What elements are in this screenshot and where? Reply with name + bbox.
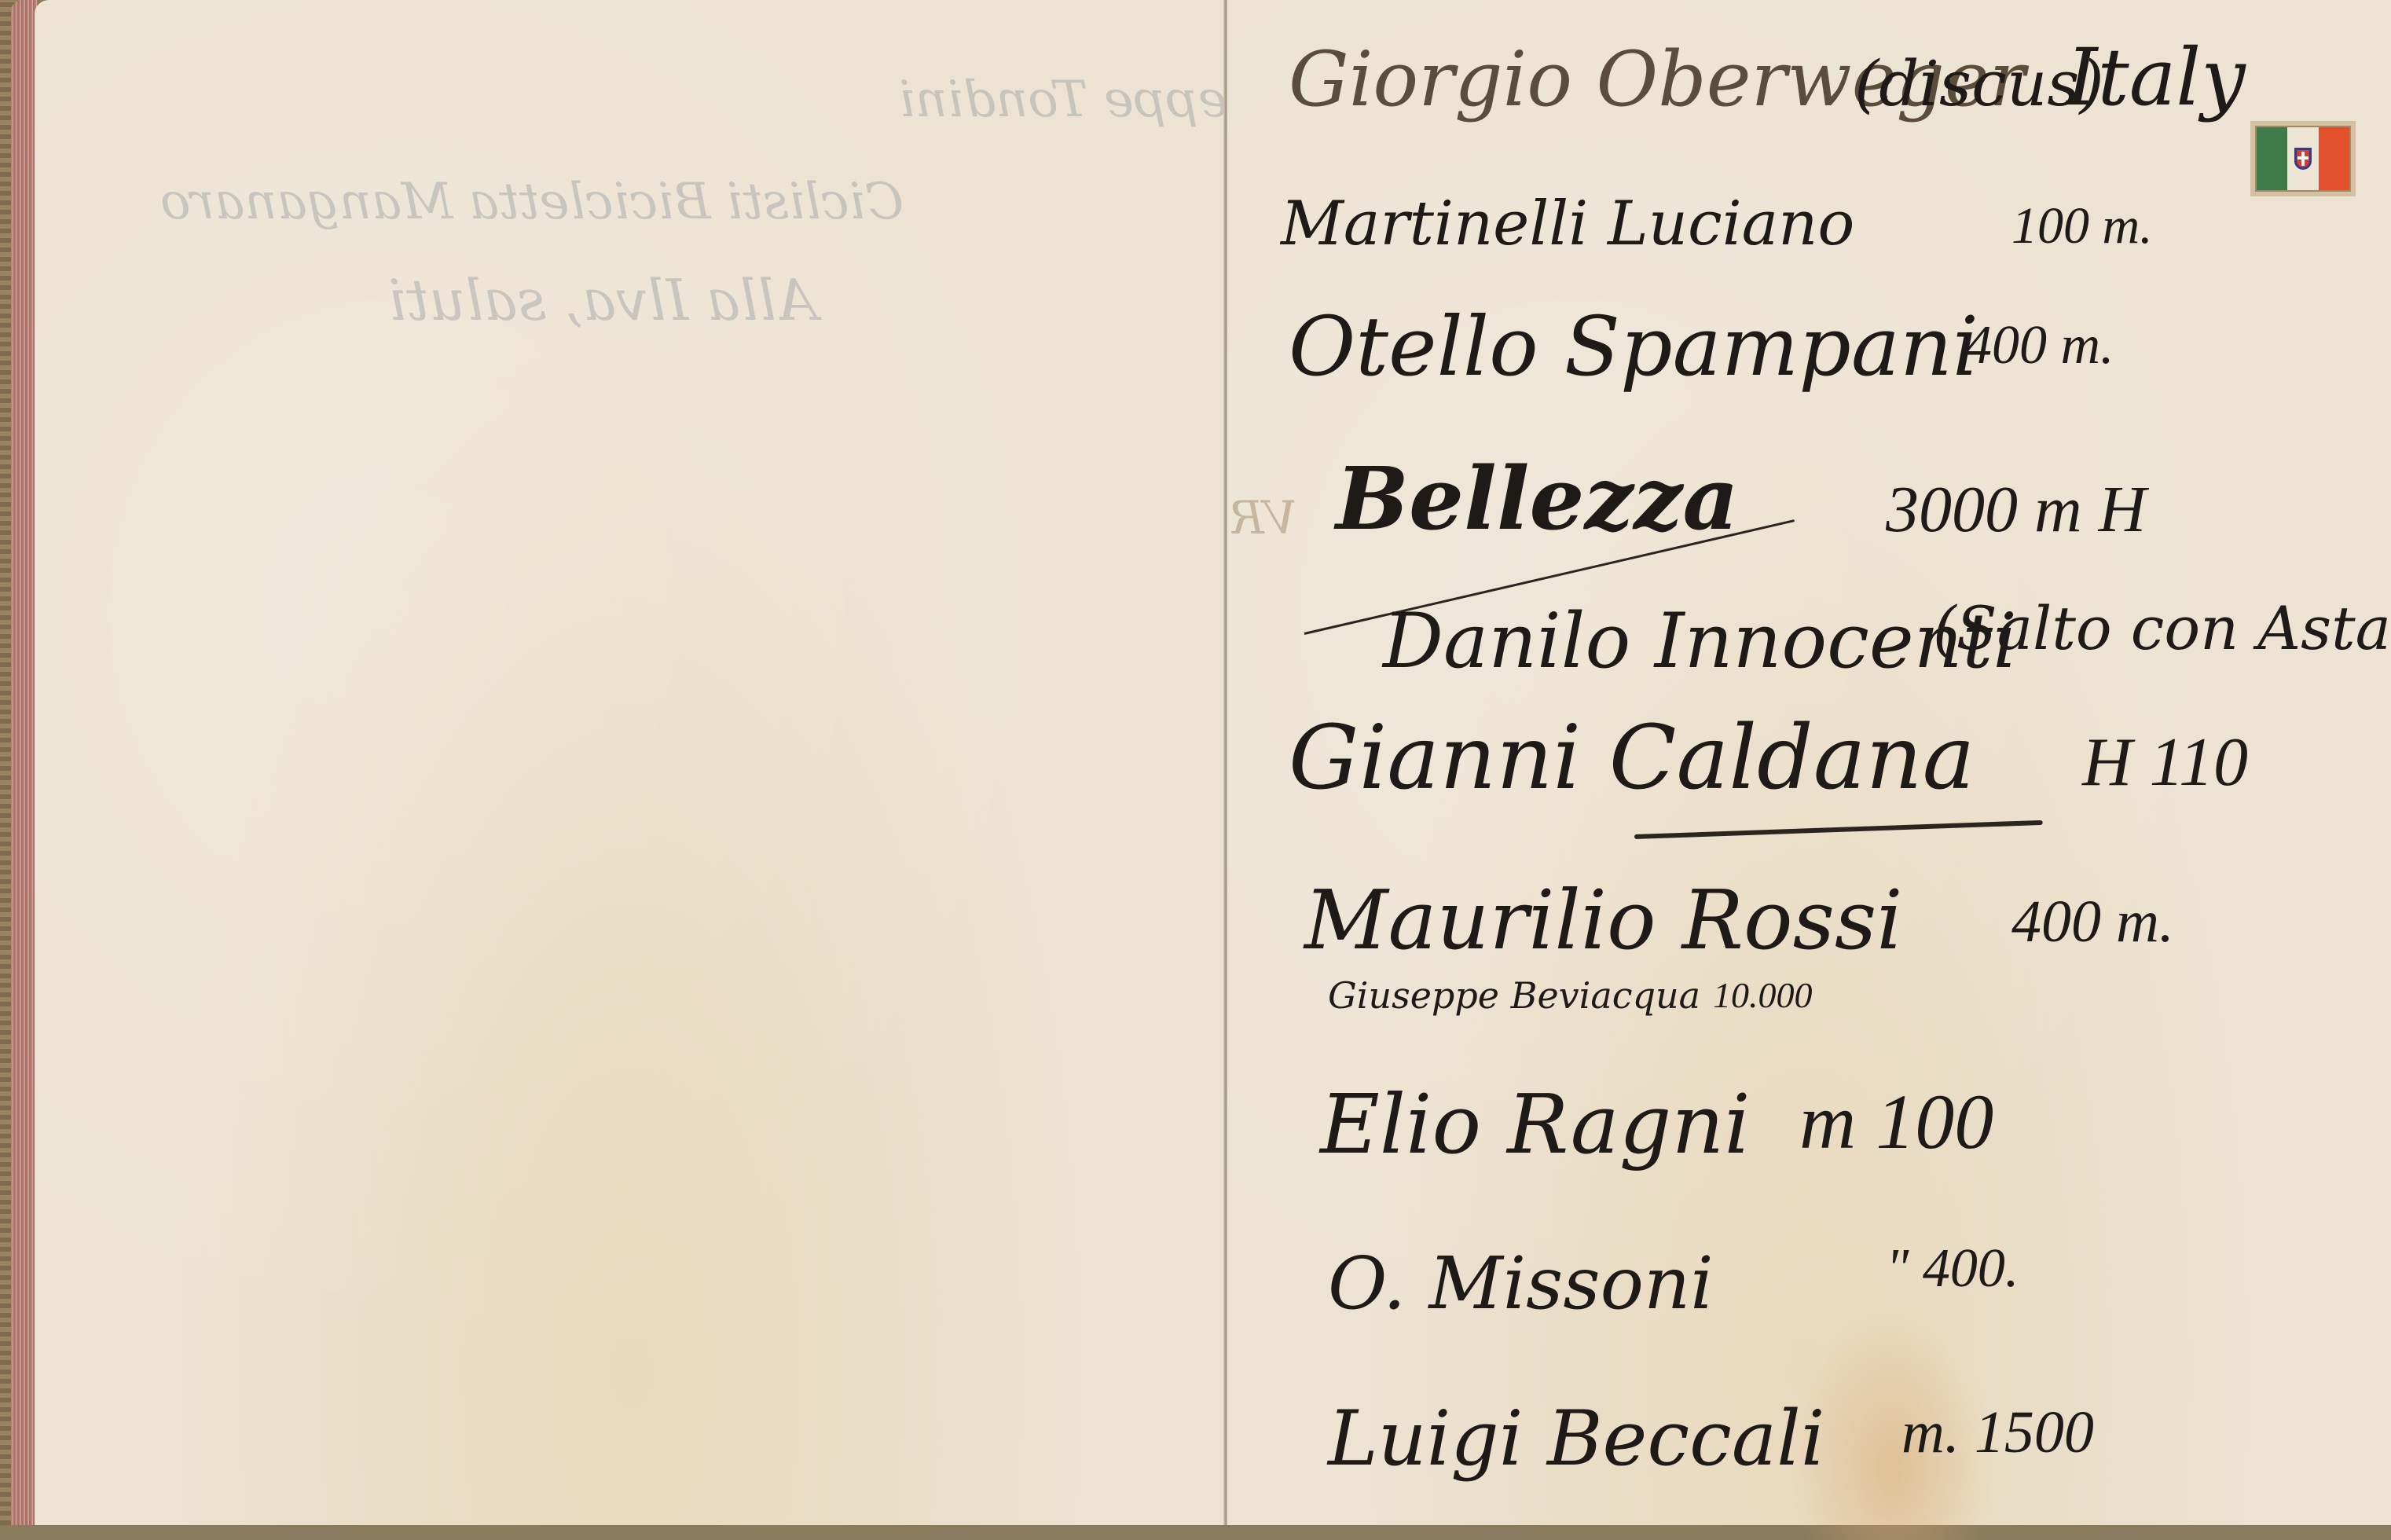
signature-rossi: Maurilio Rossi [1304, 872, 1903, 968]
signature-innocenti: Danilo Innocenti [1383, 597, 2017, 685]
entry-event: H 110 [2082, 723, 2248, 802]
entry-event: 10.000 [1713, 974, 1813, 1016]
entry-event: (Salto con Asta [1933, 593, 2391, 663]
signature-ragni: Elio Ragni [1320, 1076, 1751, 1172]
autograph-album: Serg. Giuseppe Tondini Ciclisti Biciclet… [0, 0, 2391, 1525]
savoy-crest-icon [2294, 148, 2312, 170]
entry-event: " 400. [1886, 1237, 2019, 1300]
signature-caldana: Gianni Caldana [1289, 707, 1975, 809]
entry-country: Italy [2066, 31, 2246, 123]
left-page: Serg. Giuseppe Tondini Ciclisti Biciclet… [35, 0, 1227, 1525]
signature-beccali: Luigi Beccali [1328, 1395, 1824, 1483]
signature-bellezza: Bellezza [1336, 448, 1739, 549]
margin-mark: VR [1230, 491, 1297, 544]
entry-event: 100 m. [2011, 196, 2153, 256]
bleed-through-line: Ciclisti Bicicletta Manganaro [160, 173, 904, 231]
signature-spampani: Otello Spampani [1289, 299, 1978, 394]
signature-beviacqua: Giuseppe Beviacqua [1328, 974, 1700, 1017]
page-edges [11, 0, 38, 1525]
entry-event: m 100 [1799, 1076, 1993, 1167]
entry-event: 400 m. [2011, 888, 2174, 956]
entry-event: 3000 m H [1886, 471, 2146, 548]
signature-missoni: O. Missoni [1328, 1241, 1714, 1325]
bleed-through-line: Alla Ilva, saluti [388, 267, 817, 333]
entry-event: m. 1500 [1901, 1399, 2094, 1467]
italian-flag-sticker [2255, 126, 2351, 192]
signature-martinelli: Martinelli Luciano [1281, 189, 1854, 259]
entry-event: 400 m. [1964, 314, 2114, 377]
